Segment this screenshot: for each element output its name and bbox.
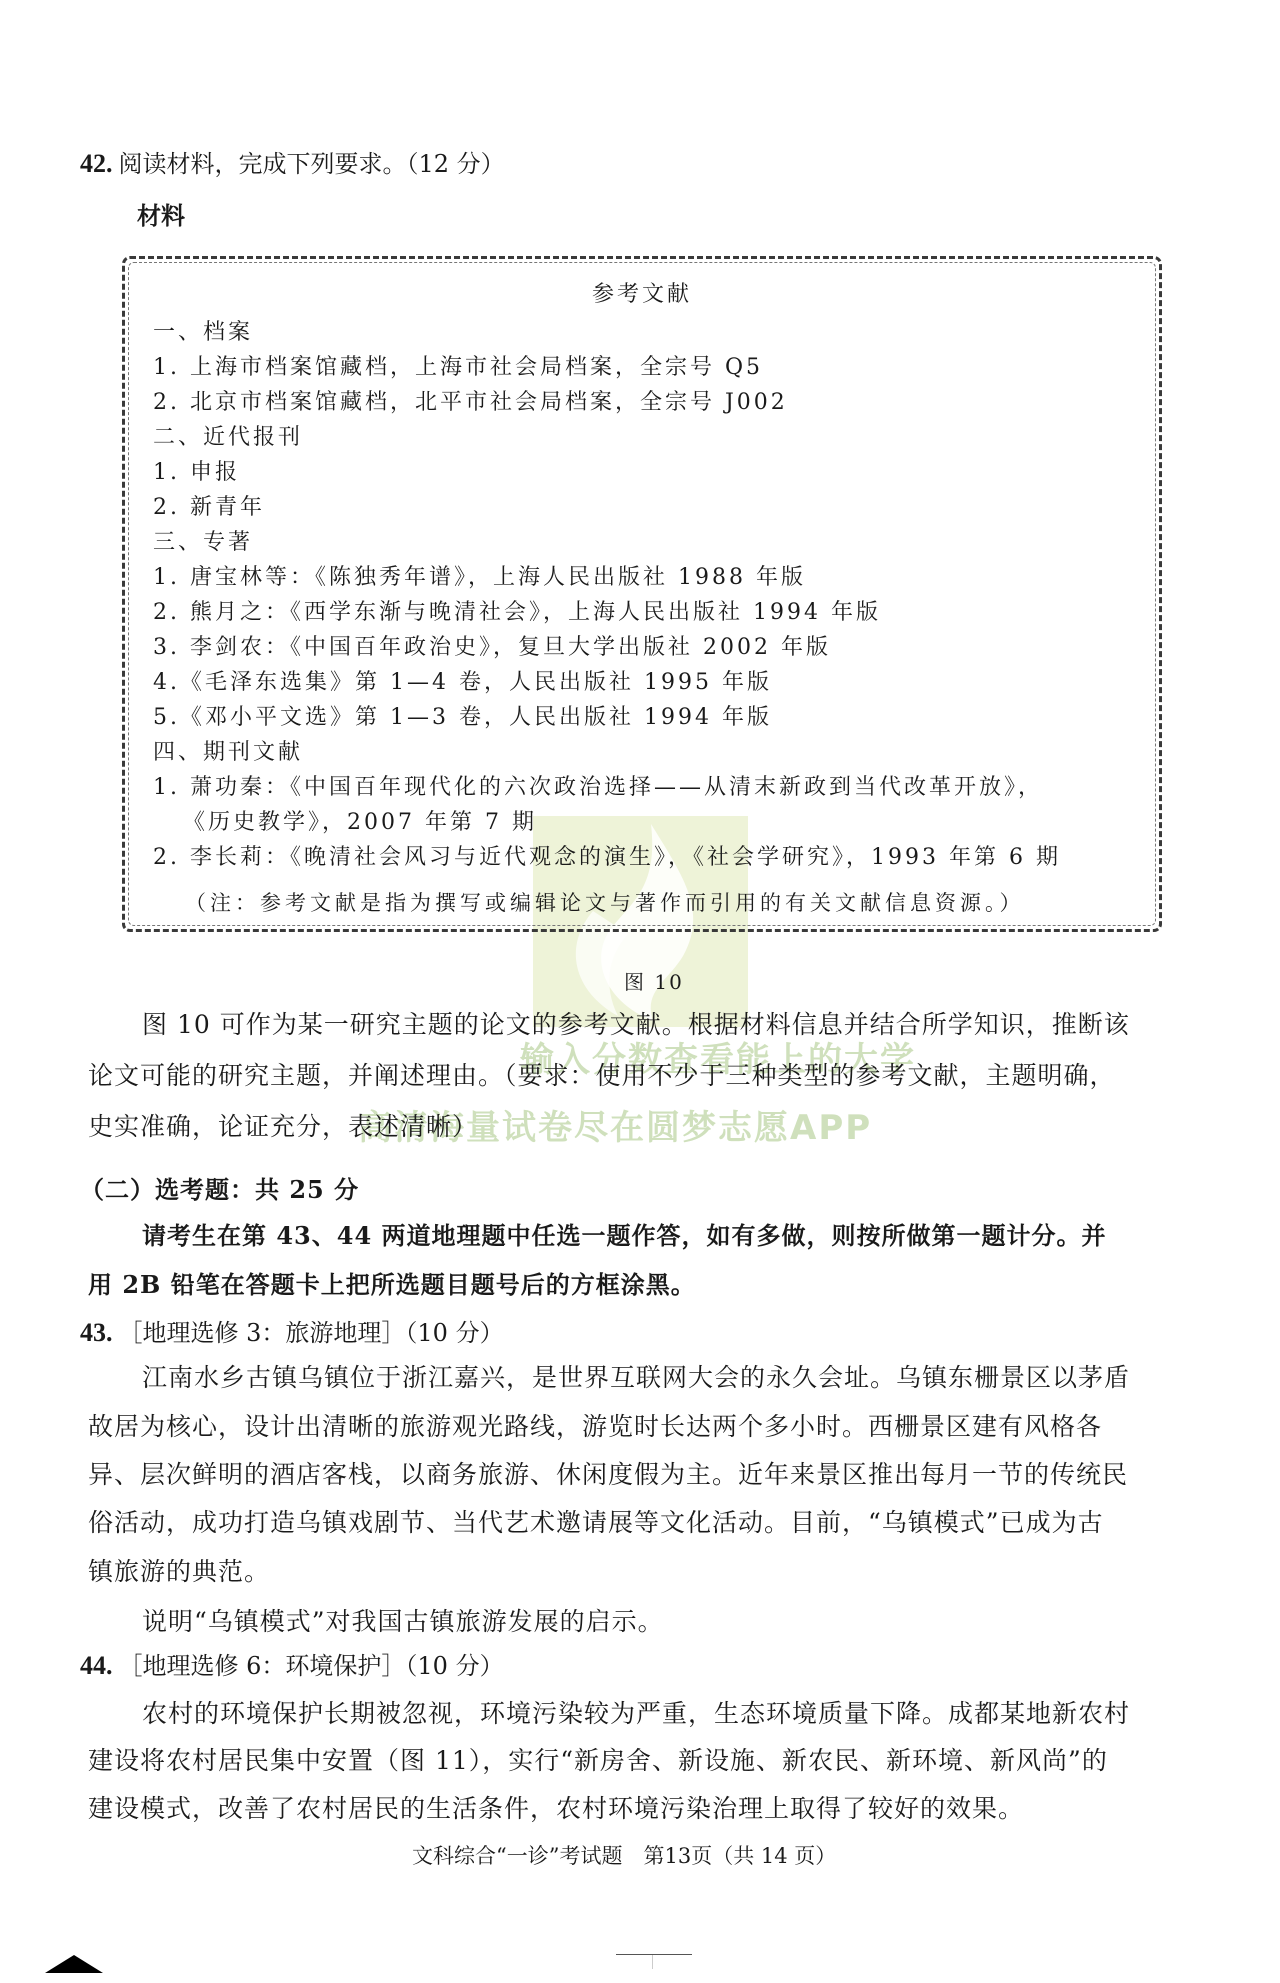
question-prompt: 阅读材料，完成下列要求。（12 分） [119, 150, 505, 178]
body-line: 建设模式，改善了农村居民的生活条件，农村环境污染治理上取得了较好的效果。 [88, 1789, 1024, 1825]
body-line: 故居为核心，设计出清晰的旅游观光路线，游览时长达两个多小时。西栅景区建有风格各 [88, 1407, 1102, 1443]
question-title: ［地理选修 3：旅游地理］（10 分） [119, 1319, 504, 1347]
elective-instruction: 请考生在第 43、44 两道地理题中任选一题作答，如有多做，则按所做第一题计分。… [142, 1216, 1107, 1251]
reference-title: 参考文献 [125, 277, 1159, 308]
page-footer: 文科综合“一诊”考试题 第13页（共 14 页） [412, 1840, 836, 1870]
elective-heading: （二）选考题：共 25 分 [80, 1170, 359, 1205]
question-number: 42. [80, 149, 113, 178]
question-44-header: 44.［地理选修 6：环境保护］（10 分） [80, 1646, 504, 1681]
task-line: 史实准确，论证充分，表述清晰） [88, 1107, 478, 1143]
task-line: 说明“乌镇模式”对我国古镇旅游发展的启示。 [142, 1602, 664, 1638]
body-line: 异、层次鲜明的酒店客栈，以商务旅游、休闲度假为主。近年来景区推出每月一节的传统民 [88, 1455, 1128, 1491]
bottom-line-mark [616, 1954, 692, 1955]
reference-list-box: 参考文献 一、档案 1. 上海市档案馆藏档，上海市社会局档案，全宗号 Q5 2.… [122, 256, 1162, 932]
question-number: 43. [80, 1318, 113, 1347]
body-line: 农村的环境保护长期被忽视，环境污染较为严重，生态环境质量下降。成都某地新农村 [142, 1694, 1130, 1730]
triangle-marker-icon [45, 1955, 103, 1973]
question-number: 44. [80, 1651, 113, 1680]
question-43-header: 43.［地理选修 3：旅游地理］（10 分） [80, 1313, 504, 1348]
ref-line: 2. 北京市档案馆藏档，北平市社会局档案，全宗号 J002 [153, 385, 788, 416]
elective-instruction: 用 2B 铅笔在答题卡上把所选题目题号后的方框涂黑。 [88, 1265, 696, 1300]
ref-line: 2. 熊月之：《西学东渐与晚清社会》，上海人民出版社 1994 年版 [153, 595, 881, 626]
ref-line: 1. 唐宝林等：《陈独秀年谱》，上海人民出版社 1988 年版 [153, 560, 806, 591]
body-line: 江南水乡古镇乌镇位于浙江嘉兴，是世界互联网大会的永久会址。乌镇东栅景区以茅盾 [142, 1358, 1130, 1394]
question-42-header: 42.阅读材料，完成下列要求。（12 分） [80, 144, 505, 179]
body-line: 建设将农村居民集中安置（图 11），实行“新房舍、新设施、新农民、新环境、新风尚… [88, 1741, 1108, 1777]
ref-line: 1. 上海市档案馆藏档，上海市社会局档案，全宗号 Q5 [153, 350, 763, 381]
ref-line: 一、档案 [153, 315, 253, 346]
ref-line: 二、近代报刊 [153, 420, 303, 451]
ref-line: 《历史教学》，2007 年第 7 期 [153, 805, 537, 836]
ref-line: 四、期刊文献 [153, 735, 303, 766]
ref-line: 2. 新青年 [153, 490, 265, 521]
ref-line: 1. 申报 [153, 455, 240, 486]
ref-line: 三、专著 [153, 525, 253, 556]
ref-line: 3. 李剑农：《中国百年政治史》，复旦大学出版社 2002 年版 [153, 630, 831, 661]
task-line: 论文可能的研究主题，并阐述理由。（要求：使用不少于三种类型的参考文献，主题明确， [88, 1056, 1116, 1092]
body-line: 镇旅游的典范。 [88, 1552, 270, 1588]
task-line: 图 10 可作为某一研究主题的论文的参考文献。根据材料信息并结合所学知识，推断该 [142, 1005, 1130, 1041]
ref-line: 4.《毛泽东选集》第 1—4 卷，人民出版社 1995 年版 [153, 665, 772, 696]
figure-caption: 图 10 [624, 966, 684, 995]
material-label: 材料 [137, 196, 185, 231]
bottom-tick-mark [652, 1955, 653, 1969]
ref-line: 5.《邓小平文选》第 1—3 卷，人民出版社 1994 年版 [153, 700, 772, 731]
body-line: 俗活动，成功打造乌镇戏剧节、当代艺术邀请展等文化活动。目前，“乌镇模式”已成为古 [88, 1503, 1104, 1539]
reference-note: （注：参考文献是指为撰写或编辑论文与著作而引用的有关文献信息资源。） [185, 887, 1025, 917]
ref-line: 2. 李长莉：《晚清社会风习与近代观念的演生》，《社会学研究》，1993 年第 … [153, 840, 1061, 871]
ref-line: 1. 萧功秦：《中国百年现代化的六次政治选择——从清末新政到当代改革开放》， [153, 770, 1043, 801]
question-title: ［地理选修 6：环境保护］（10 分） [119, 1652, 504, 1680]
